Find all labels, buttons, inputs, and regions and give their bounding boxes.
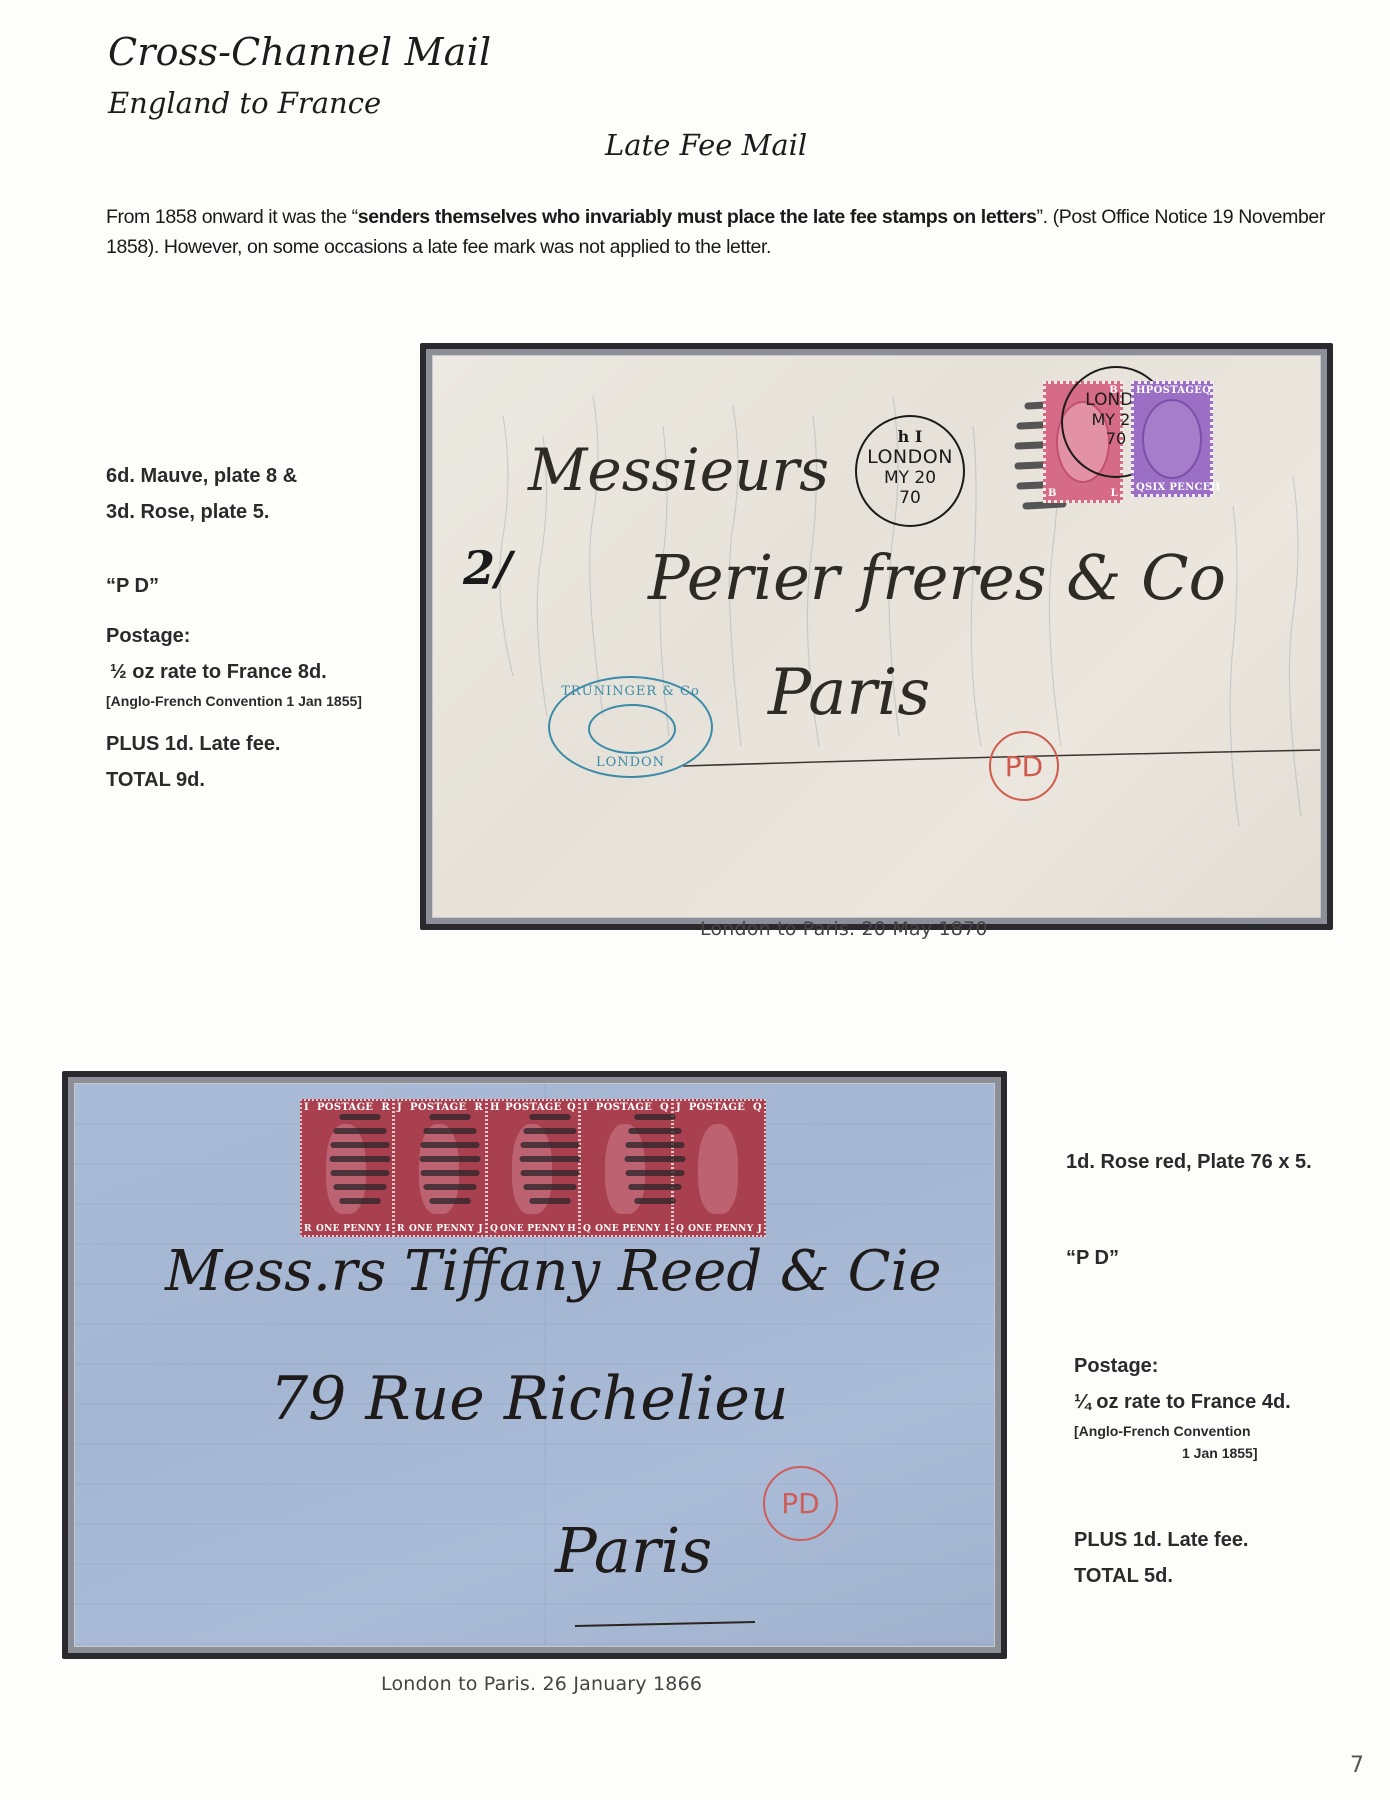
cover2-rate: ¼ oz rate to France 4d. [1066, 1384, 1366, 1420]
stamp-penny-red: JPOSTAGEQQONE PENNYJ [672, 1099, 766, 1237]
address-line3: Paris [555, 1514, 712, 1587]
cover2-postage-label: Postage: [1066, 1348, 1366, 1384]
cover1-convention: [Anglo-French Convention 1 Jan 1855] [106, 690, 416, 712]
section-title: Late Fee Mail [605, 128, 807, 162]
page-title: Cross-Channel Mail [108, 30, 491, 74]
page-number: 7 [1350, 1753, 1364, 1778]
cover1-envelope: h I LONDON MY 20 70 B BL [432, 355, 1321, 918]
cover2-convention-line1: [Anglo-French Convention [1066, 1420, 1366, 1442]
cover2-convention-line2: 1 Jan 1855] [1066, 1442, 1366, 1464]
pd-handstamp: PD [989, 731, 1059, 801]
london-postmark: h I LONDON MY 20 70 [855, 415, 965, 527]
cover2-marking: “P D” [1066, 1240, 1366, 1276]
cover1-stamps-line2: 3d. Rose, plate 5. [106, 494, 416, 530]
cover2-notes: 1d. Rose red, Plate 76 x 5. “P D” Postag… [1066, 1144, 1366, 1594]
stamp-6d-mauve: HPOSTAGEQ QSIX PENCEH [1131, 381, 1213, 497]
address-line2: 79 Rue Richelieu [270, 1364, 788, 1434]
cover2-frame: IPOSTAGERRONE PENNYIJPOSTAGERRONE PENNYJ… [62, 1071, 1007, 1659]
cover2-late-fee: PLUS 1d. Late fee. [1066, 1522, 1366, 1558]
manuscript-rate-mark: 2/ [463, 541, 512, 595]
pd-handstamp: PD [763, 1466, 838, 1541]
cover1-stamps-line1: 6d. Mauve, plate 8 & [106, 458, 416, 494]
intro-prefix: From 1858 onward it was the “ [106, 206, 358, 228]
cover1-postage-label: Postage: [106, 618, 416, 654]
intro-quote: senders themselves who invariably must p… [358, 206, 1037, 228]
penny-red-strip: IPOSTAGERRONE PENNYIJPOSTAGERRONE PENNYJ… [300, 1099, 765, 1237]
cover2-stamps: 1d. Rose red, Plate 76 x 5. [1066, 1144, 1366, 1180]
cover1-marking: “P D” [106, 568, 416, 604]
address-line2: Perier freres & Co [648, 541, 1226, 614]
cover1-frame: h I LONDON MY 20 70 B BL [420, 343, 1333, 930]
stamp-penny-red: IPOSTAGERRONE PENNYI [300, 1099, 394, 1237]
cover2-caption: London to Paris. 26 January 1866 [381, 1673, 702, 1695]
stamp-penny-red: IPOSTAGEQQONE PENNYI [579, 1099, 673, 1237]
truninger-handstamp: TRUNINGER & Co LONDON [548, 676, 713, 778]
cover2-total: TOTAL 5d. [1066, 1558, 1366, 1594]
address-line1: Mess.rs Tiffany Reed & Cie [165, 1239, 942, 1304]
address-underline [575, 1614, 775, 1634]
page-subtitle: England to France [108, 86, 381, 120]
cover1-notes: 6d. Mauve, plate 8 & 3d. Rose, plate 5. … [106, 458, 416, 798]
cover1-rate: ½ oz rate to France 8d. [106, 654, 416, 690]
address-line3: Paris [768, 656, 930, 730]
cover1-late-fee: PLUS 1d. Late fee. [106, 726, 416, 762]
address-line1: Messieurs [528, 436, 829, 504]
cover1-total: TOTAL 9d. [106, 762, 416, 798]
intro-paragraph: From 1858 onward it was the “senders the… [106, 202, 1346, 262]
cover2-envelope: IPOSTAGERRONE PENNYIJPOSTAGERRONE PENNYJ… [74, 1083, 995, 1647]
stamp-penny-red: JPOSTAGERRONE PENNYJ [393, 1099, 487, 1237]
cover1-caption: London to Paris. 20 May 1870 [700, 918, 988, 940]
stamp-penny-red: HPOSTAGEQQONE PENNYH [486, 1099, 580, 1237]
